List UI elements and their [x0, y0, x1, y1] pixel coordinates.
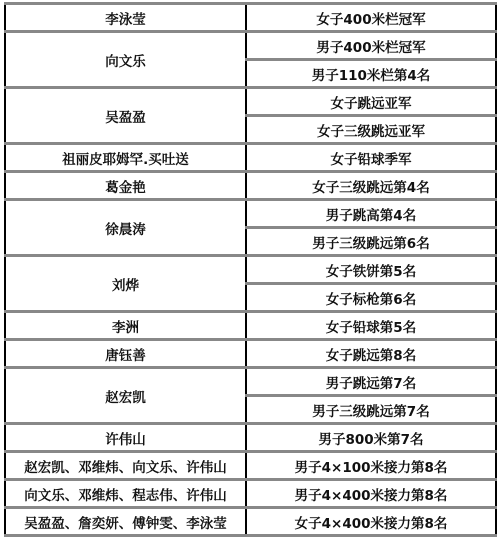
result-cell: 女子三级跳远第4名: [246, 172, 496, 200]
athlete-name: 赵宏凯: [5, 368, 246, 424]
table-row: 赵宏凯、邓维炜、向文乐、许伟山 男子4×100米接力第8名: [5, 452, 496, 480]
result-cell: 男子三级跳远第7名: [246, 396, 496, 424]
athlete-name: 李泳莹: [5, 4, 246, 32]
table-row: 徐晨涛 男子跳高第4名: [5, 200, 496, 228]
athlete-name: 吴盈盈: [5, 88, 246, 144]
athlete-name: 唐钰善: [5, 340, 246, 368]
athlete-name: 许伟山: [5, 424, 246, 452]
athlete-name: 刘烨: [5, 256, 246, 312]
result-cell: 女子跳远第8名: [246, 340, 496, 368]
table-row: 刘烨 女子铁饼第5名: [5, 256, 496, 284]
result-cell: 男子跳远第7名: [246, 368, 496, 396]
result-cell: 男子三级跳远第6名: [246, 228, 496, 256]
athlete-name: 李洲: [5, 312, 246, 340]
result-cell: 女子铁饼第5名: [246, 256, 496, 284]
table-row: 许伟山 男子800米第7名: [5, 424, 496, 452]
result-cell: 男子110米栏第4名: [246, 60, 496, 88]
table-row: 向文乐、邓维炜、程志伟、许伟山 男子4×400米接力第8名: [5, 480, 496, 508]
relay-team-names: 赵宏凯、邓维炜、向文乐、许伟山: [5, 452, 246, 480]
relay-team-names: 吴盈盈、詹奕妍、傅钟雯、李泳莹: [5, 508, 246, 536]
result-cell: 女子铅球第5名: [246, 312, 496, 340]
result-cell: 男子800米第7名: [246, 424, 496, 452]
result-cell: 男子400米栏冠军: [246, 32, 496, 60]
table-row: 赵宏凯 男子跳远第7名: [5, 368, 496, 396]
results-table: 李泳莹 女子400米栏冠军 向文乐 男子400米栏冠军 男子110米栏第4名 吴…: [4, 2, 497, 537]
athlete-name: 葛金艳: [5, 172, 246, 200]
table-row: 唐钰善 女子跳远第8名: [5, 340, 496, 368]
table-row: 吴盈盈、詹奕妍、傅钟雯、李泳莹 女子4×400米接力第8名: [5, 508, 496, 536]
result-cell: 女子跳远亚军: [246, 88, 496, 116]
athlete-name: 徐晨涛: [5, 200, 246, 256]
table-row: 祖丽皮耶姆罕.买吐送 女子铅球季军: [5, 144, 496, 172]
result-cell: 女子标枪第6名: [246, 284, 496, 312]
table-row: 李泳莹 女子400米栏冠军: [5, 4, 496, 32]
result-cell: 男子4×400米接力第8名: [246, 480, 496, 508]
table-row: 向文乐 男子400米栏冠军: [5, 32, 496, 60]
relay-team-names: 向文乐、邓维炜、程志伟、许伟山: [5, 480, 246, 508]
table-row: 葛金艳 女子三级跳远第4名: [5, 172, 496, 200]
athlete-name: 祖丽皮耶姆罕.买吐送: [5, 144, 246, 172]
result-cell: 男子4×100米接力第8名: [246, 452, 496, 480]
result-cell: 女子4×400米接力第8名: [246, 508, 496, 536]
table-row: 吴盈盈 女子跳远亚军: [5, 88, 496, 116]
result-cell: 女子三级跳远亚军: [246, 116, 496, 144]
result-cell: 女子400米栏冠军: [246, 4, 496, 32]
table-row: 李洲 女子铅球第5名: [5, 312, 496, 340]
result-cell: 男子跳高第4名: [246, 200, 496, 228]
result-cell: 女子铅球季军: [246, 144, 496, 172]
athlete-name: 向文乐: [5, 32, 246, 88]
